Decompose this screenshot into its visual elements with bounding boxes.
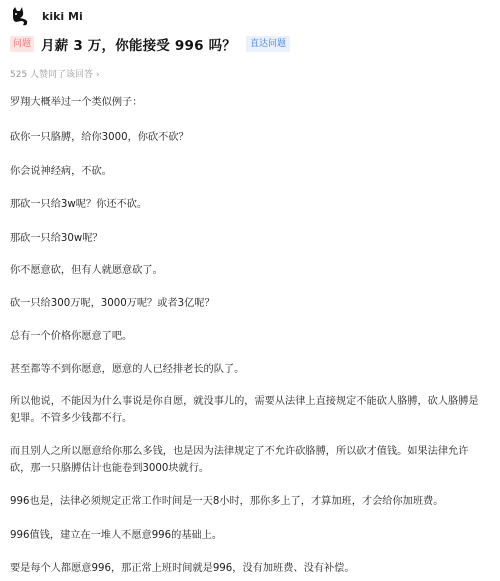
black-cat-avatar-icon[interactable] xyxy=(10,5,32,27)
paragraph: 要是每个人都愿意996，那正常上班时间就是996，没有加班费、没有补偿。 xyxy=(10,560,355,577)
paragraph: 总有一个价格你愿意了吧。 xyxy=(10,328,132,345)
paragraph: 你不愿意砍，但有人就愿意砍了。 xyxy=(10,262,163,279)
paragraph: 甚至都等不到你愿意，愿意的人已经排老长的队了。 xyxy=(10,361,244,378)
question-title[interactable]: 月薪 3 万，你能接受 996 吗？ xyxy=(41,34,236,54)
paragraph: 996值钱，建立在一堆人不愿意996的基础上。 xyxy=(10,527,222,544)
paragraph: 那砍一只给30w呢？ xyxy=(10,230,103,247)
answer-card: kiki Mi 问题 月薪 3 万，你能接受 996 吗？ 直达问题 525 人… xyxy=(0,0,500,81)
author-name[interactable]: kiki Mi xyxy=(42,10,83,23)
paragraph: 罗翔大概举过一个类似例子： xyxy=(10,94,142,111)
paragraph: 而且别人之所以愿意给你那么多钱，也是因为法律规定了不允许砍胳膊，所以砍才值钱。如… xyxy=(10,443,480,477)
go-to-question-button[interactable]: 直达问题 xyxy=(246,36,290,52)
paragraph: 砍你一只胳膊，给你3000，你砍不砍？ xyxy=(10,129,189,146)
author-row[interactable]: kiki Mi xyxy=(10,0,490,30)
paragraph: 996也是，法律必须规定正常工作时间是一天8小时，那你多上了，才算加班，才会给你… xyxy=(10,493,490,510)
paragraph: 那砍一只给3w呢？你还不砍。 xyxy=(10,196,147,213)
paragraph: 所以他说，不能因为什么事说是你自愿，就没事儿的，需要从法律上直接规定不能砍人胳膊… xyxy=(10,393,480,427)
paragraph: 砍一只给300万呢，3000万呢？或者3亿呢？ xyxy=(10,295,215,312)
question-tag: 问题 xyxy=(10,36,34,52)
question-row: 问题 月薪 3 万，你能接受 996 吗？ 直达问题 xyxy=(10,33,490,55)
paragraph: 你会说神经病，不砍。 xyxy=(10,163,112,180)
agree-count-link[interactable]: 525 人赞同了该回答 › xyxy=(10,67,490,81)
